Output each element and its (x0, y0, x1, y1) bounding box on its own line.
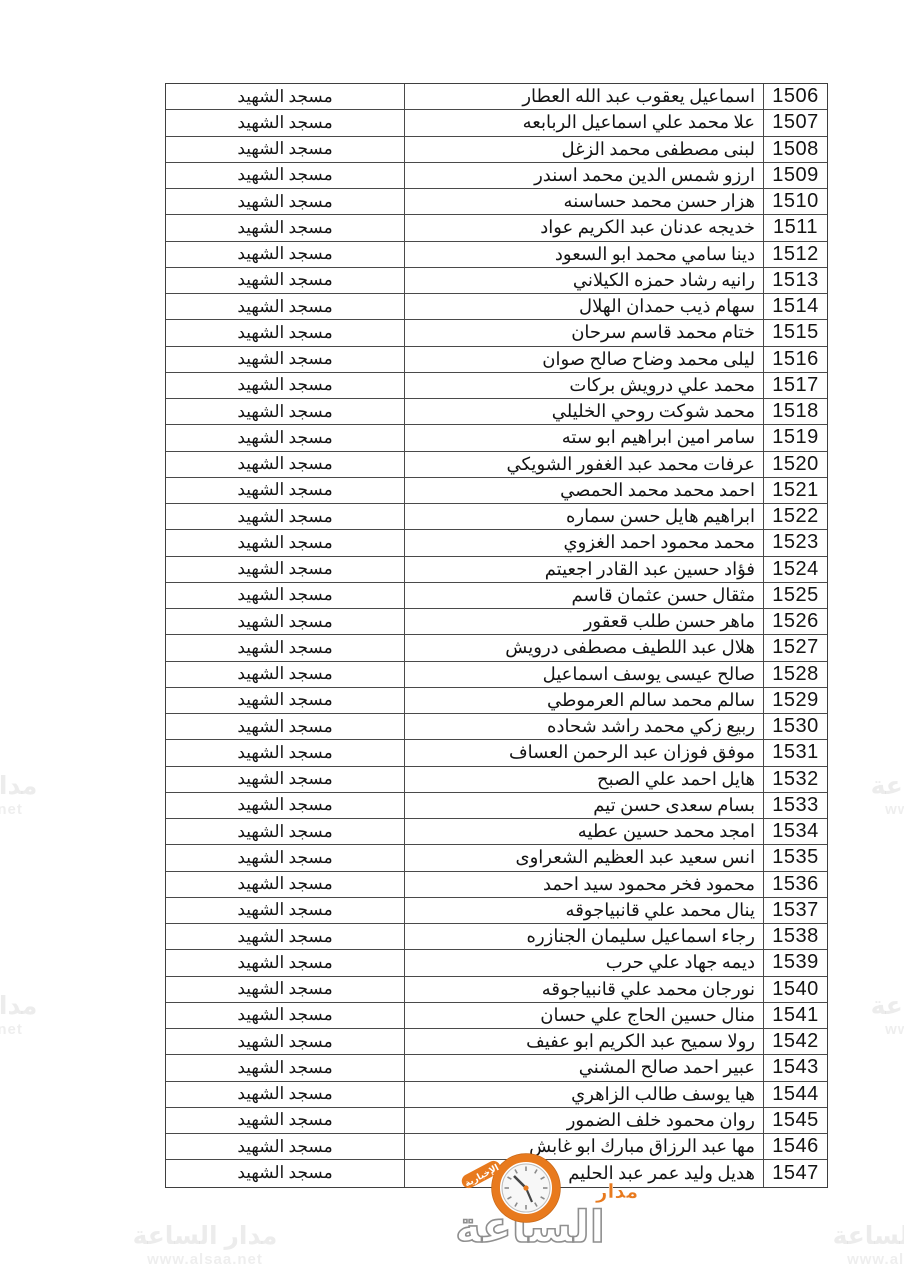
table-row: مسجد الشهيد ينال محمد علي قانبياجوقه 153… (166, 898, 827, 924)
mosque-cell: مسجد الشهيد (166, 478, 404, 503)
table-row: مسجد الشهيد عرفات محمد عبد الغفور الشويك… (166, 452, 827, 478)
mosque-cell: مسجد الشهيد (166, 242, 404, 267)
number-cell: 1537 (764, 898, 827, 923)
name-cell: ينال محمد علي قانبياجوقه (404, 898, 764, 923)
number-cell: 1510 (764, 189, 827, 214)
number-cell: 1547 (764, 1160, 827, 1186)
mosque-cell: مسجد الشهيد (166, 504, 404, 529)
mosque-cell: مسجد الشهيد (166, 1108, 404, 1133)
number-cell: 1529 (764, 688, 827, 713)
clock-icon (492, 1154, 560, 1222)
mosque-cell: مسجد الشهيد (166, 583, 404, 608)
mosque-cell: مسجد الشهيد (166, 662, 404, 687)
table-row: مسجد الشهيد ابراهيم هايل حسن سماره 1522 (166, 504, 827, 530)
table-row: مسجد الشهيد محمد محمود احمد الغزوي 1523 (166, 530, 827, 556)
number-cell: 1516 (764, 347, 827, 372)
number-cell: 1506 (764, 84, 827, 109)
table-row: مسجد الشهيد علا محمد علي اسماعيل الربابع… (166, 110, 827, 136)
name-cell: سالم محمد سالم العرموطي (404, 688, 764, 713)
mosque-cell: مسجد الشهيد (166, 425, 404, 450)
site-logo: الساعة مدار (438, 1146, 638, 1256)
name-cell: هلال عبد اللطيف مصطفى درويش (404, 635, 764, 660)
number-cell: 1535 (764, 845, 827, 870)
number-cell: 1507 (764, 110, 827, 135)
number-cell: 1527 (764, 635, 827, 660)
mosque-cell: مسجد الشهيد (166, 1160, 404, 1186)
number-cell: 1511 (764, 215, 827, 240)
mosque-cell: مسجد الشهيد (166, 872, 404, 897)
watermark-site-name: مدار الساعة (0, 992, 80, 1021)
watermark-site-url: www.alsaa.net (828, 801, 904, 818)
registry-table: مسجد الشهيد اسماعيل يعقوب عبد الله العطا… (165, 83, 828, 1188)
watermark-site-url: www.alsaa.net (0, 1021, 80, 1038)
mosque-cell: مسجد الشهيد (166, 714, 404, 739)
number-cell: 1531 (764, 740, 827, 765)
watermark-site-name: مدار الساعة (828, 772, 904, 801)
name-cell: هايل احمد علي الصبح (404, 767, 764, 792)
table-row: مسجد الشهيد ليلى محمد وضاح صالح صوان 151… (166, 347, 827, 373)
table-row: مسجد الشهيد ماهر حسن طلب قعقور 1526 (166, 609, 827, 635)
name-cell: رولا سميح عبد الكريم ابو عفيف (404, 1029, 764, 1054)
name-cell: ديمه جهاد علي حرب (404, 950, 764, 975)
table-row: مسجد الشهيد لبنى مصطفى محمد الزغل 1508 (166, 137, 827, 163)
name-cell: امجد محمد حسين عطيه (404, 819, 764, 844)
logo-wordmark-top: مدار (595, 1181, 638, 1203)
watermark-site-name: مدار الساعة (0, 772, 80, 801)
name-cell: عبير احمد صالح المشني (404, 1055, 764, 1080)
number-cell: 1538 (764, 924, 827, 949)
name-cell: ماهر حسن طلب قعقور (404, 609, 764, 634)
table-row: مسجد الشهيد ارزو شمس الدين محمد اسندر 15… (166, 163, 827, 189)
table-row: مسجد الشهيد رجاء اسماعيل سليمان الجنازره… (166, 924, 827, 950)
number-cell: 1545 (764, 1108, 827, 1133)
name-cell: ليلى محمد وضاح صالح صوان (404, 347, 764, 372)
number-cell: 1525 (764, 583, 827, 608)
mosque-cell: مسجد الشهيد (166, 845, 404, 870)
name-cell: محمد محمود احمد الغزوي (404, 530, 764, 555)
name-cell: خديجه عدنان عبد الكريم عواد (404, 215, 764, 240)
mosque-cell: مسجد الشهيد (166, 320, 404, 345)
name-cell: روان محمود خلف الضمور (404, 1108, 764, 1133)
mosque-cell: مسجد الشهيد (166, 110, 404, 135)
number-cell: 1519 (764, 425, 827, 450)
mosque-cell: مسجد الشهيد (166, 977, 404, 1002)
number-cell: 1508 (764, 137, 827, 162)
number-cell: 1520 (764, 452, 827, 477)
number-cell: 1546 (764, 1134, 827, 1159)
mosque-cell: مسجد الشهيد (166, 635, 404, 660)
number-cell: 1539 (764, 950, 827, 975)
name-cell: دينا سامي محمد ابو السعود (404, 242, 764, 267)
mosque-cell: مسجد الشهيد (166, 373, 404, 398)
watermark-site-name: مدار الساعة (828, 992, 904, 1021)
mosque-cell: مسجد الشهيد (166, 1082, 404, 1107)
mosque-cell: مسجد الشهيد (166, 924, 404, 949)
table-row: مسجد الشهيد هايل احمد علي الصبح 1532 (166, 767, 827, 793)
table-row: مسجد الشهيد سامر امين ابراهيم ابو سته 15… (166, 425, 827, 451)
mosque-cell: مسجد الشهيد (166, 557, 404, 582)
number-cell: 1536 (764, 872, 827, 897)
name-cell: انس سعيد عبد العظيم الشعراوى (404, 845, 764, 870)
table-row: مسجد الشهيد ختام محمد قاسم سرحان 1515 (166, 320, 827, 346)
mosque-cell: مسجد الشهيد (166, 1134, 404, 1159)
name-cell: ارزو شمس الدين محمد اسندر (404, 163, 764, 188)
mosque-cell: مسجد الشهيد (166, 609, 404, 634)
number-cell: 1526 (764, 609, 827, 634)
table-row: مسجد الشهيد اسماعيل يعقوب عبد الله العطا… (166, 84, 827, 110)
name-cell: مثقال حسن عثمان قاسم (404, 583, 764, 608)
mosque-cell: مسجد الشهيد (166, 950, 404, 975)
name-cell: محمد شوكت روحي الخليلي (404, 399, 764, 424)
number-cell: 1530 (764, 714, 827, 739)
table-row: مسجد الشهيد امجد محمد حسين عطيه 1534 (166, 819, 827, 845)
mosque-cell: مسجد الشهيد (166, 84, 404, 109)
table-row: مسجد الشهيد منال حسين الحاج علي حسان 154… (166, 1003, 827, 1029)
mosque-cell: مسجد الشهيد (166, 452, 404, 477)
mosque-cell: مسجد الشهيد (166, 898, 404, 923)
mosque-cell: مسجد الشهيد (166, 189, 404, 214)
watermark-site-url: www.alsaa.net (828, 1021, 904, 1038)
mosque-cell: مسجد الشهيد (166, 215, 404, 240)
mosque-cell: مسجد الشهيد (166, 347, 404, 372)
mosque-cell: مسجد الشهيد (166, 740, 404, 765)
number-cell: 1522 (764, 504, 827, 529)
mosque-cell: مسجد الشهيد (166, 294, 404, 319)
number-cell: 1544 (764, 1082, 827, 1107)
watermark-site-url: www.alsaa.net (790, 1251, 904, 1268)
name-cell: محمد علي درويش بركات (404, 373, 764, 398)
watermark-site-name: مدار الساعة (90, 1222, 320, 1251)
number-cell: 1534 (764, 819, 827, 844)
name-cell: صالح عيسى يوسف اسماعيل (404, 662, 764, 687)
table-row: مسجد الشهيد سهام ذيب حمدان الهلال 1514 (166, 294, 827, 320)
table-row: مسجد الشهيد موفق فوزان عبد الرحمن العساف… (166, 740, 827, 766)
table-row: مسجد الشهيد هلال عبد اللطيف مصطفى درويش … (166, 635, 827, 661)
mosque-cell: مسجد الشهيد (166, 137, 404, 162)
table-row: مسجد الشهيد محمد علي درويش بركات 1517 (166, 373, 827, 399)
name-cell: رجاء اسماعيل سليمان الجنازره (404, 924, 764, 949)
name-cell: هيا يوسف طالب الزاهري (404, 1082, 764, 1107)
mosque-cell: مسجد الشهيد (166, 268, 404, 293)
number-cell: 1509 (764, 163, 827, 188)
number-cell: 1523 (764, 530, 827, 555)
name-cell: لبنى مصطفى محمد الزغل (404, 137, 764, 162)
watermark-bottom-left: مدار الساعة www.alsaa.net (90, 1222, 320, 1268)
table-row: مسجد الشهيد رولا سميح عبد الكريم ابو عفي… (166, 1029, 827, 1055)
name-cell: منال حسين الحاج علي حسان (404, 1003, 764, 1028)
number-cell: 1517 (764, 373, 827, 398)
table-row: مسجد الشهيد فؤاد حسين عبد القادر اجعيتم … (166, 557, 827, 583)
watermark-mid-right: مدار الساعة www.alsaa.net (828, 772, 904, 818)
mosque-cell: مسجد الشهيد (166, 1055, 404, 1080)
number-cell: 1513 (764, 268, 827, 293)
watermark-mid-left: مدار الساعة www.alsaa.net (0, 772, 80, 818)
table-row: مسجد الشهيد عبير احمد صالح المشني 1543 (166, 1055, 827, 1081)
name-cell: اسماعيل يعقوب عبد الله العطار (404, 84, 764, 109)
number-cell: 1524 (764, 557, 827, 582)
name-cell: موفق فوزان عبد الرحمن العساف (404, 740, 764, 765)
mosque-cell: مسجد الشهيد (166, 767, 404, 792)
name-cell: احمد محمد محمد الحمصي (404, 478, 764, 503)
mosque-cell: مسجد الشهيد (166, 793, 404, 818)
number-cell: 1518 (764, 399, 827, 424)
name-cell: هزار حسن محمد حساسنه (404, 189, 764, 214)
watermark-low-left: مدار الساعة www.alsaa.net (0, 992, 80, 1038)
table-row: مسجد الشهيد بسام سعدى حسن تيم 1533 (166, 793, 827, 819)
number-cell: 1540 (764, 977, 827, 1002)
number-cell: 1532 (764, 767, 827, 792)
name-cell: سهام ذيب حمدان الهلال (404, 294, 764, 319)
table-row: مسجد الشهيد خديجه عدنان عبد الكريم عواد … (166, 215, 827, 241)
name-cell: محمود فخر محمود سيد احمد (404, 872, 764, 897)
table-row: مسجد الشهيد ديمه جهاد علي حرب 1539 (166, 950, 827, 976)
table-row: مسجد الشهيد ربيع زكي محمد راشد شحاده 153… (166, 714, 827, 740)
number-cell: 1533 (764, 793, 827, 818)
number-cell: 1521 (764, 478, 827, 503)
mosque-cell: مسجد الشهيد (166, 688, 404, 713)
number-cell: 1543 (764, 1055, 827, 1080)
table-row: مسجد الشهيد صالح عيسى يوسف اسماعيل 1528 (166, 662, 827, 688)
table-row: مسجد الشهيد دينا سامي محمد ابو السعود 15… (166, 242, 827, 268)
mosque-cell: مسجد الشهيد (166, 819, 404, 844)
number-cell: 1542 (764, 1029, 827, 1054)
name-cell: رانيه رشاد حمزه الكيلاني (404, 268, 764, 293)
name-cell: علا محمد علي اسماعيل الربابعه (404, 110, 764, 135)
table-row: مسجد الشهيد هيا يوسف طالب الزاهري 1544 (166, 1082, 827, 1108)
table-row: مسجد الشهيد نورجان محمد علي قانبياجوقه 1… (166, 977, 827, 1003)
table-row: مسجد الشهيد هزار حسن محمد حساسنه 1510 (166, 189, 827, 215)
table-row: مسجد الشهيد روان محمود خلف الضمور 1545 (166, 1108, 827, 1134)
name-cell: نورجان محمد علي قانبياجوقه (404, 977, 764, 1002)
watermark-site-url: www.alsaa.net (90, 1251, 320, 1268)
number-cell: 1515 (764, 320, 827, 345)
name-cell: عرفات محمد عبد الغفور الشويكي (404, 452, 764, 477)
table-row: مسجد الشهيد محمود فخر محمود سيد احمد 153… (166, 872, 827, 898)
watermark-low-right: مدار الساعة www.alsaa.net (828, 992, 904, 1038)
name-cell: ختام محمد قاسم سرحان (404, 320, 764, 345)
table-row: مسجد الشهيد احمد محمد محمد الحمصي 1521 (166, 478, 827, 504)
number-cell: 1528 (764, 662, 827, 687)
mosque-cell: مسجد الشهيد (166, 1003, 404, 1028)
mosque-cell: مسجد الشهيد (166, 1029, 404, 1054)
number-cell: 1541 (764, 1003, 827, 1028)
watermark-bottom-right: مدار الساعة www.alsaa.net (790, 1222, 904, 1268)
watermark-site-name: مدار الساعة (790, 1222, 904, 1251)
table-row: مسجد الشهيد مثقال حسن عثمان قاسم 1525 (166, 583, 827, 609)
table-row: مسجد الشهيد محمد شوكت روحي الخليلي 1518 (166, 399, 827, 425)
mosque-cell: مسجد الشهيد (166, 163, 404, 188)
table-row: مسجد الشهيد رانيه رشاد حمزه الكيلاني 151… (166, 268, 827, 294)
name-cell: ربيع زكي محمد راشد شحاده (404, 714, 764, 739)
number-cell: 1514 (764, 294, 827, 319)
table-row: مسجد الشهيد انس سعيد عبد العظيم الشعراوى… (166, 845, 827, 871)
name-cell: ابراهيم هايل حسن سماره (404, 504, 764, 529)
name-cell: بسام سعدى حسن تيم (404, 793, 764, 818)
number-cell: 1512 (764, 242, 827, 267)
mosque-cell: مسجد الشهيد (166, 399, 404, 424)
mosque-cell: مسجد الشهيد (166, 530, 404, 555)
name-cell: سامر امين ابراهيم ابو سته (404, 425, 764, 450)
table-row: مسجد الشهيد سالم محمد سالم العرموطي 1529 (166, 688, 827, 714)
watermark-site-url: www.alsaa.net (0, 801, 80, 818)
name-cell: فؤاد حسين عبد القادر اجعيتم (404, 557, 764, 582)
document-page: مسجد الشهيد اسماعيل يعقوب عبد الله العطا… (0, 0, 904, 1280)
